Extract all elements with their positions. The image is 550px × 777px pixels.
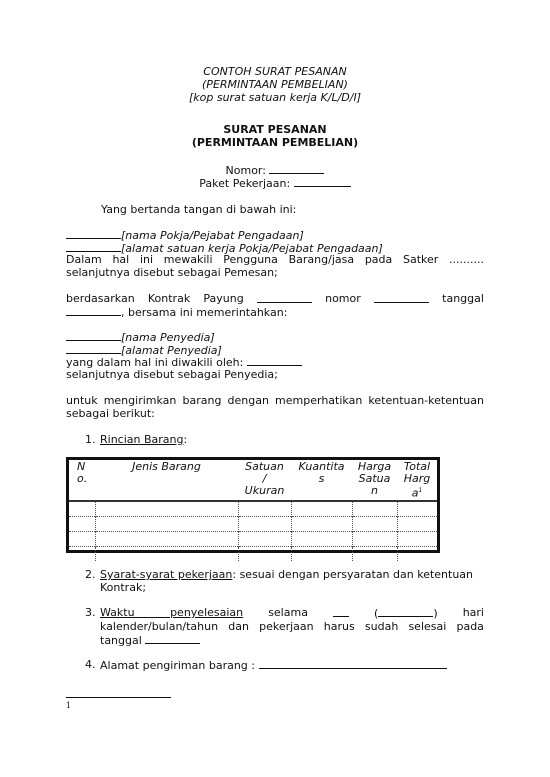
item-4-number: 4. — [85, 658, 96, 671]
col-header-satuan: Satuan/Ukuran — [238, 460, 291, 501]
word: ketentuan-ketentuan — [368, 394, 484, 407]
word: dan — [228, 620, 249, 633]
cell[interactable] — [69, 546, 95, 561]
item-1: Rincian Barang: — [100, 433, 484, 446]
word: ini — [140, 253, 153, 266]
word: nomor — [325, 292, 361, 305]
word: Kontrak — [148, 292, 190, 305]
word: barang — [182, 394, 221, 407]
word: mengirimkan — [104, 394, 177, 407]
col-header-harga-satuan: HargaSatuan — [352, 460, 397, 501]
word: memperhatikan — [275, 394, 362, 407]
word: selesai — [408, 620, 446, 633]
item-2: Syarat-syarat pekerjaan: sesuai dengan p… — [100, 568, 484, 594]
item-2-label: Syarat-syarat pekerjaan — [100, 568, 232, 581]
cell[interactable] — [95, 531, 238, 546]
penyedia-diwakili-line: yang dalam hal ini diwakili oleh: — [66, 355, 484, 369]
cell[interactable] — [397, 546, 437, 561]
col-header-total-harga: TotalHarga1 — [397, 460, 437, 501]
header-kop: [kop surat satuan kerja K/L/D/I] — [66, 91, 484, 104]
cell[interactable] — [352, 546, 397, 561]
cell[interactable] — [69, 531, 95, 546]
waktu-tanggal-blank[interactable] — [145, 633, 200, 644]
satker-dots: .......... — [449, 253, 484, 266]
item-3-line-3: tanggal — [100, 633, 484, 647]
cell[interactable] — [238, 501, 291, 517]
untuk-line-2: sebagai berikut: — [66, 407, 484, 420]
word: pada — [456, 620, 483, 633]
item-3-label: Waktu penyelesaian — [100, 606, 243, 620]
penyedia-nama-blank[interactable] — [66, 330, 121, 341]
waktu-huruf-field: () — [374, 606, 438, 620]
paket-label: Paket Pekerjaan: — [199, 177, 290, 190]
item-4-label: Alamat pengiriman barang : — [100, 659, 255, 672]
item-3: Waktu penyelesaian selama () hari kalend… — [100, 606, 484, 647]
item-2-number: 2. — [85, 568, 96, 581]
document-page: CONTOH SURAT PESANAN (PERMINTAAN PEMBELI… — [0, 0, 550, 777]
table-row — [69, 546, 437, 561]
word: pada — [365, 253, 392, 266]
cell[interactable] — [352, 501, 397, 517]
word: mewakili — [164, 253, 213, 266]
paket-blank[interactable] — [294, 176, 351, 187]
cell[interactable] — [238, 546, 291, 561]
pemesan-selanjutnya: selanjutnya disebut sebagai Pemesan; — [66, 266, 484, 279]
nomor-field: Nomor: — [66, 163, 484, 177]
cell[interactable] — [95, 516, 238, 531]
cell[interactable] — [397, 531, 437, 546]
col-header-kuantitas: Kuantitas — [291, 460, 352, 501]
footnote-number: 1 — [66, 701, 71, 710]
table-row — [69, 516, 437, 531]
cell[interactable] — [69, 501, 95, 517]
untuk-line: untuk mengirimkan barang dengan memperha… — [66, 394, 484, 407]
col-header-jenis-barang: Jenis Barang — [95, 460, 238, 501]
kontrak-line: berdasarkan Kontrak Payung nomor tanggal — [66, 292, 484, 305]
word: Dalam — [66, 253, 102, 266]
kontrak-line-2: , bersama ini memerintahkan: — [66, 305, 484, 319]
pemesan-mewakili-line: Dalam hal ini mewakili Pengguna Barang/j… — [66, 253, 484, 266]
word: Pengguna — [223, 253, 278, 266]
item-1-number: 1. — [85, 433, 96, 446]
document-subtitle: (PERMINTAAN PEMBELIAN) — [66, 136, 484, 149]
cell[interactable] — [291, 501, 352, 517]
cell[interactable] — [291, 516, 352, 531]
item-2-line-2: Kontrak; — [100, 581, 484, 594]
word: berdasarkan — [66, 292, 135, 305]
word: Barang/jasa — [289, 253, 354, 266]
word: selama — [268, 606, 308, 620]
cell[interactable] — [95, 501, 238, 517]
cell[interactable] — [291, 531, 352, 546]
table-header-row: No. Jenis Barang Satuan/Ukuran Kuantitas… — [69, 460, 437, 501]
cell[interactable] — [397, 516, 437, 531]
item-3-number: 3. — [85, 606, 96, 619]
item-4: Alamat pengiriman barang : — [100, 658, 484, 672]
word: Payung — [203, 292, 243, 305]
intro-text: Yang bertanda tangan di bawah ini: — [101, 203, 519, 216]
waktu-angka-blank[interactable] — [333, 606, 349, 617]
penyedia-alamat-blank[interactable] — [66, 343, 121, 354]
cell[interactable] — [238, 516, 291, 531]
kontrak-nomor-blank[interactable] — [374, 292, 429, 303]
header-subtitle: (PERMINTAAN PEMBELIAN) — [66, 78, 484, 91]
item-3-line-2: kalender/bulan/tahun dan pekerjaan harus… — [100, 620, 484, 633]
item-3-tanggal-label: tanggal — [100, 634, 142, 647]
word: hal — [112, 253, 129, 266]
word: hari — [463, 606, 484, 620]
kontrak-payung-blank[interactable] — [257, 292, 312, 303]
alamat-pengiriman-blank[interactable] — [259, 658, 447, 669]
table-row — [69, 501, 437, 517]
kontrak-tanggal-blank[interactable] — [66, 305, 121, 316]
item-3-line-1: Waktu penyelesaian selama () hari — [100, 606, 484, 620]
pemesan-alamat-blank[interactable] — [66, 241, 121, 252]
rincian-barang-table: No. Jenis Barang Satuan/Ukuran Kuantitas… — [66, 457, 440, 553]
word: kalender/bulan/tahun — [100, 620, 218, 633]
nomor-blank[interactable] — [269, 163, 324, 174]
paket-field: Paket Pekerjaan: — [66, 176, 484, 190]
cell[interactable] — [352, 531, 397, 546]
word: dengan — [228, 394, 269, 407]
item-2-text: : sesuai dengan persyaratan dan ketentua… — [232, 568, 473, 581]
pemesan-nama-line: [nama Pokja/Pejabat Pengadaan] — [66, 228, 484, 242]
item-1-label: Rincian Barang — [100, 433, 184, 446]
item-1-suffix: : — [184, 433, 188, 446]
cell[interactable] — [69, 516, 95, 531]
table-row — [69, 531, 437, 546]
word: untuk — [66, 394, 98, 407]
penyedia-diwakili-blank[interactable] — [247, 355, 302, 366]
footnote-ref: 1 — [418, 487, 422, 494]
word: Satker — [403, 253, 438, 266]
cell[interactable] — [352, 516, 397, 531]
pemesan-nama-blank[interactable] — [66, 228, 121, 239]
cell[interactable] — [397, 501, 437, 517]
word: sudah — [365, 620, 398, 633]
footnote-separator — [66, 697, 171, 698]
cell[interactable] — [291, 546, 352, 561]
header-title: CONTOH SURAT PESANAN — [66, 65, 484, 78]
kontrak-suffix: , bersama ini memerintahkan: — [121, 306, 287, 319]
penyedia-selanjutnya: selanjutnya disebut sebagai Penyedia; — [66, 368, 484, 381]
word: tanggal — [442, 292, 484, 305]
document-title: SURAT PESANAN — [66, 123, 484, 136]
item-2-line-1: Syarat-syarat pekerjaan: sesuai dengan p… — [100, 568, 484, 581]
penyedia-nama-line: [nama Penyedia] — [66, 330, 484, 344]
cell[interactable] — [95, 546, 238, 561]
word: harus — [324, 620, 355, 633]
cell[interactable] — [238, 531, 291, 546]
waktu-huruf-blank[interactable] — [378, 606, 433, 617]
word: pekerjaan — [259, 620, 314, 633]
col-header-no: No. — [69, 460, 95, 501]
